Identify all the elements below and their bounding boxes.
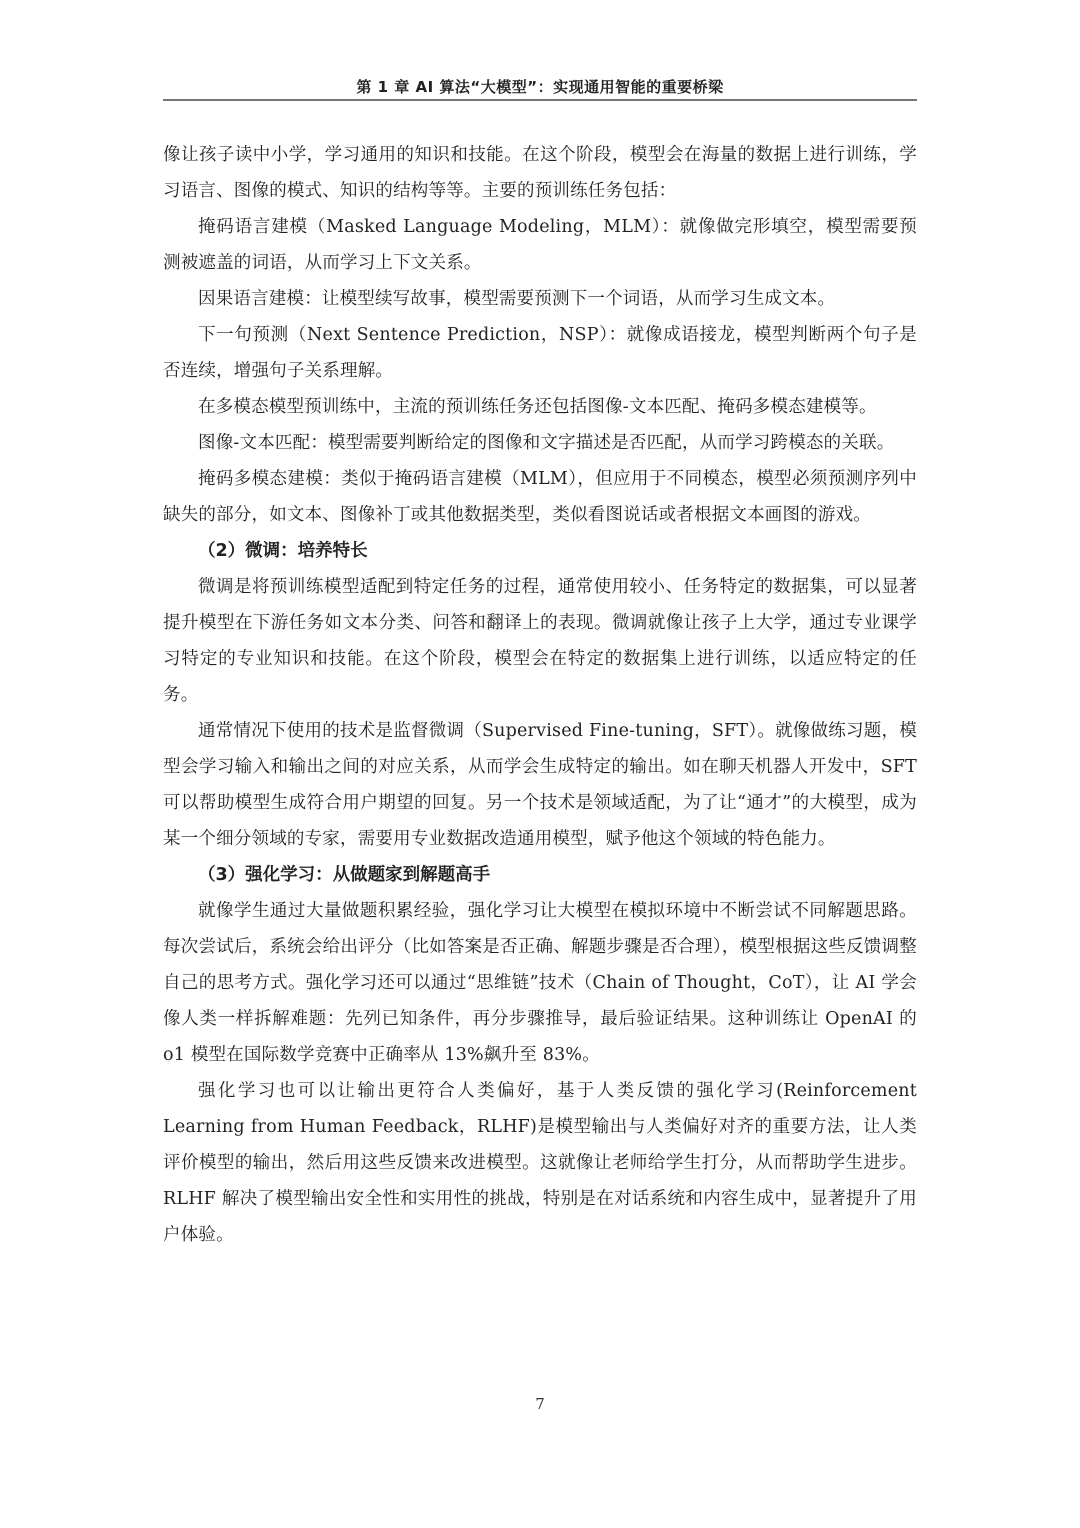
paragraph-rlhf: 强化学习也可以让输出更符合人类偏好，基于人类反馈的强化学习(Reinforcem… [163, 1073, 917, 1253]
page-body: 像让孩子读中小学，学习通用的知识和技能。在这个阶段，模型会在海量的数据上进行训练… [163, 137, 917, 1253]
running-header: 第 1 章 AI 算法“大模型”：实现通用智能的重要桥梁 [163, 76, 917, 97]
paragraph-mlm: 掩码语言建模（Masked Language Modeling，MLM）：就像做… [163, 209, 917, 281]
paragraph-image-text-matching: 图像-文本匹配：模型需要判断给定的图像和文字描述是否匹配，从而学习跨模态的关联。 [163, 425, 917, 461]
paragraph-sft: 通常情况下使用的技术是监督微调（Supervised Fine-tuning，S… [163, 713, 917, 857]
paragraph-nsp: 下一句预测（Next Sentence Prediction，NSP）：就像成语… [163, 317, 917, 389]
section-heading-rl: （3）强化学习：从做题家到解题高手 [163, 857, 917, 893]
page-number: 7 [0, 1395, 1080, 1413]
paragraph-multimodal-intro: 在多模态模型预训练中，主流的预训练任务还包括图像-文本匹配、掩码多模态建模等。 [163, 389, 917, 425]
section-heading-finetuning: （2）微调：培养特长 [163, 533, 917, 569]
header-rule [163, 99, 917, 101]
paragraph-pretraining-intro: 像让孩子读中小学，学习通用的知识和技能。在这个阶段，模型会在海量的数据上进行训练… [163, 137, 917, 209]
paragraph-finetuning: 微调是将预训练模型适配到特定任务的过程，通常使用较小、任务特定的数据集，可以显著… [163, 569, 917, 713]
paragraph-rl: 就像学生通过大量做题积累经验，强化学习让大模型在模拟环境中不断尝试不同解题思路。… [163, 893, 917, 1073]
paragraph-causal-lm: 因果语言建模：让模型续写故事，模型需要预测下一个词语，从而学习生成文本。 [163, 281, 917, 317]
paragraph-masked-multimodal: 掩码多模态建模：类似于掩码语言建模（MLM），但应用于不同模态，模型必须预测序列… [163, 461, 917, 533]
